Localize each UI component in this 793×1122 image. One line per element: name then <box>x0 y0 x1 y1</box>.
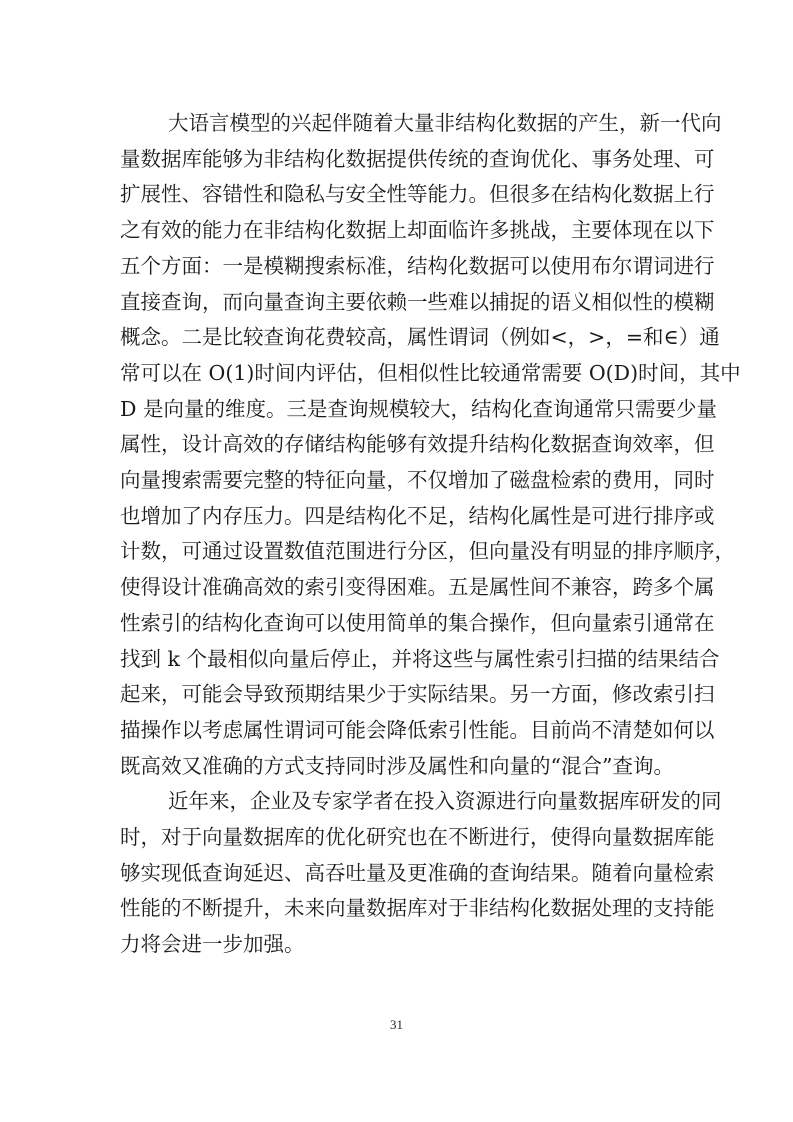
paragraph-line: 描操作以考虑属性谓词可能会降低索引性能。目前尚不清楚如何以 <box>120 715 676 745</box>
paragraph-line: 之有效的能力在非结构化数据上却面临许多挑战，主要体现在以下 <box>120 215 676 245</box>
paragraph-line: 找到 k 个最相似向量后停止，并将这些与属性索引扫描的结果结合 <box>120 644 676 674</box>
paragraph-line: 力将会进一步加强。 <box>120 929 676 959</box>
paragraph-line: 既高效又准确的方式支持同时涉及属性和向量的“混合”查询。 <box>120 751 676 781</box>
paragraph-line: 使得设计准确高效的索引变得困难。五是属性间不兼容，跨多个属 <box>120 572 676 602</box>
paragraph-line: 概念。二是比较查询花费较高，属性谓词（例如<，>，=和∈）通 <box>120 322 676 352</box>
page-number: 31 <box>0 1017 793 1033</box>
paragraph-line: 常可以在 O(1)时间内评估，但相似性比较通常需要 O(D)时间，其中 <box>120 358 676 388</box>
paragraph-first-line: 近年来，企业及专家学者在投入资源进行向量数据库研发的同 <box>168 786 676 816</box>
paragraph-line: 起来，可能会导致预期结果少于实际结果。另一方面，修改索引扫 <box>120 679 676 709</box>
paragraph-line: 时，对于向量数据库的优化研究也在不断进行，使得向量数据库能 <box>120 822 676 852</box>
paragraph-line: 性能的不断提升，未来向量数据库对于非结构化数据处理的支持能 <box>120 893 676 923</box>
paragraph-line: 性索引的结构化查询可以使用简单的集合操作，但向量索引通常在 <box>120 608 676 638</box>
paragraph-line: 也增加了内存压力。四是结构化不足，结构化属性是可进行排序或 <box>120 501 676 531</box>
paragraph-line: 扩展性、容错性和隐私与安全性等能力。但很多在结构化数据上行 <box>120 179 676 209</box>
paragraph-line: 五个方面：一是模糊搜索标准，结构化数据可以使用布尔谓词进行 <box>120 251 676 281</box>
paragraph-first-line: 大语言模型的兴起伴随着大量非结构化数据的产生，新一代向 <box>168 108 676 138</box>
paragraph-line: D 是向量的维度。三是查询规模较大，结构化查询通常只需要少量 <box>120 394 676 424</box>
paragraph-line: 向量搜索需要完整的特征向量，不仅增加了磁盘检索的费用，同时 <box>120 465 676 495</box>
paragraph-line: 计数，可通过设置数值范围进行分区，但向量没有明显的排序顺序， <box>120 536 676 566</box>
paragraph-line: 直接查询，而向量查询主要依赖一些难以捕捉的语义相似性的模糊 <box>120 287 676 317</box>
document-page: 大语言模型的兴起伴随着大量非结构化数据的产生，新一代向量数据库能够为非结构化数据… <box>0 0 793 1122</box>
paragraph-line: 量数据库能够为非结构化数据提供传统的查询优化、事务处理、可 <box>120 144 676 174</box>
paragraph-line: 够实现低查询延迟、高吞吐量及更准确的查询结果。随着向量检索 <box>120 858 676 888</box>
paragraph-line: 属性，设计高效的存储结构能够有效提升结构化数据查询效率，但 <box>120 429 676 459</box>
